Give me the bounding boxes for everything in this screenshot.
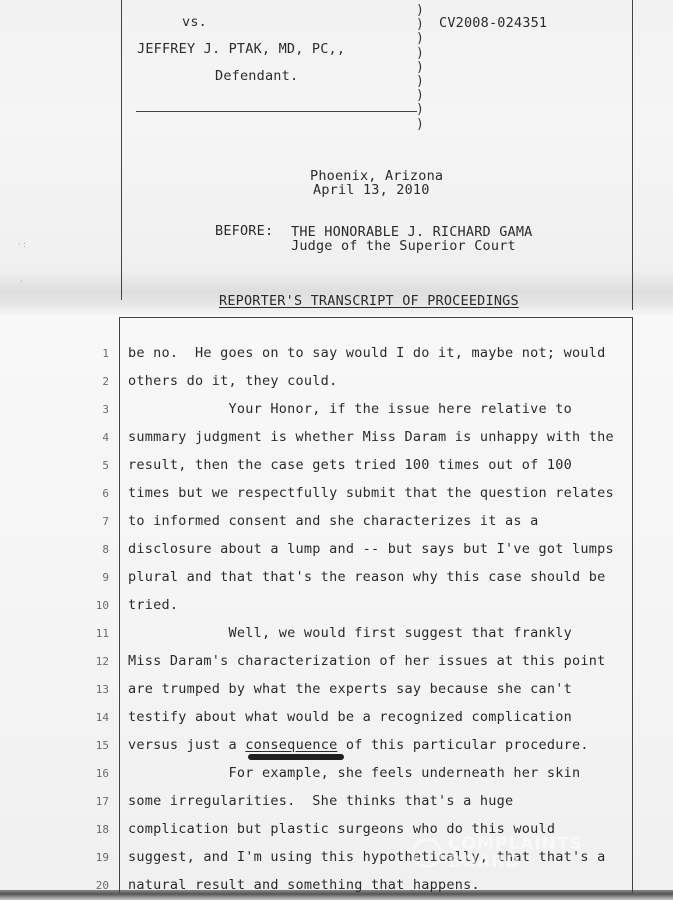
transcript-line: times but we respectfully submit that th… [128,485,614,501]
transcript-line: disclosure about a lump and -- but says … [128,541,614,557]
before-label: BEFORE: [215,223,273,239]
margin-speck: · [20,277,23,286]
transcript-line: be no. He goes on to say would I do it, … [128,345,606,361]
line-number: 1 [85,347,109,360]
lower-left-margin-line [119,317,120,893]
line-number: 17 [85,795,109,808]
transcript-line: plural and that that's the reason why th… [128,569,606,585]
transcript-line: tried. [128,597,178,613]
line-number: 15 [85,739,109,752]
line-number: 9 [85,571,109,584]
underlined-word-consequence: consequence [245,737,337,753]
line-number: 19 [85,851,109,864]
vs-label: vs. [182,14,207,30]
line-number: 12 [85,655,109,668]
transcript-line: For example, she feels underneath her sk… [128,765,580,781]
case-number: CV2008-024351 [439,15,547,31]
hearing-date: April 13, 2010 [313,182,430,198]
caption-brace-column: ) ) ) ) ) ) ) ) ) [416,4,426,132]
transcript-line: are trumped by what the experts say beca… [128,681,572,697]
line-text-after: of this particular procedure. [337,737,588,753]
watermark-line2: BOARD [448,854,520,871]
defendant-role: Defendant. [215,68,298,84]
line-number: 11 [85,627,109,640]
line-number: 2 [85,375,109,388]
transcript-line: summary judgment is whether Miss Daram i… [128,429,614,445]
watermark-line1: COMPLAINTS [448,836,583,853]
line-number: 14 [85,711,109,724]
line-number: 20 [85,879,109,892]
line-number: 8 [85,543,109,556]
upper-left-margin-line [121,0,122,300]
line-number: 3 [85,403,109,416]
line-number: 18 [85,823,109,836]
line-number: 7 [85,515,109,528]
judge-title: Judge of the Superior Court [291,238,516,254]
defendant-name: JEFFREY J. PTAK, MD, PC,, [137,41,345,57]
transcript-line: testify about what would be a recognized… [128,709,572,725]
line-number: 5 [85,459,109,472]
transcript-line: some irregularities. She thinks that's a… [128,793,513,809]
transcript-line: to informed consent and she characterize… [128,513,539,529]
lower-top-border [119,317,632,318]
transcript-line: Your Honor, if the issue here relative t… [128,401,572,417]
line-number: 6 [85,487,109,500]
transcript-line: natural result and something that happen… [128,877,480,893]
margin-speck: · : [18,240,26,249]
line-number: 4 [85,431,109,444]
line-number: 10 [85,599,109,612]
transcript-line: Well, we would first suggest that frankl… [128,625,572,641]
lower-right-margin-line [632,317,633,893]
line-number: 16 [85,767,109,780]
upper-right-margin-line [632,0,633,310]
caption-signature-line [136,111,417,112]
marker-underline-scribble [248,754,344,760]
line-text-before: versus just a [128,737,245,753]
transcript-line: Miss Daram's characterization of her iss… [128,653,606,669]
line-number: 13 [85,683,109,696]
transcript-line-with-highlight: versus just a consequence of this partic… [128,737,589,753]
document-title: REPORTER'S TRANSCRIPT OF PROCEEDINGS [219,293,519,309]
watermark-logo-icon [412,838,442,868]
transcript-line: others do it, they could. [128,373,337,389]
transcript-line: result, then the case gets tried 100 tim… [128,457,572,473]
